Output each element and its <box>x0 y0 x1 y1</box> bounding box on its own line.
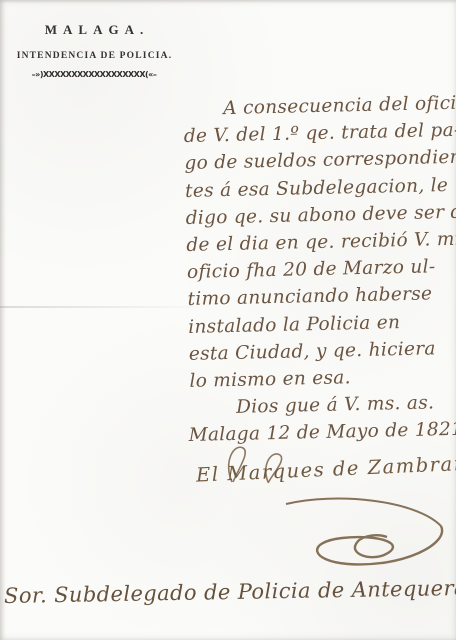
address-text: Sor. Subdelegado de Policia de Antequera <box>4 576 456 608</box>
letterhead-office: INTENDENCIA DE POLICIA. <box>6 51 182 61</box>
rubric-flourish-icon <box>284 492 452 581</box>
letterhead-city: MALAGA. <box>6 22 182 38</box>
letterhead: MALAGA. INTENDENCIA DE POLICIA. –»)XXXXX… <box>6 22 182 79</box>
paper-crease <box>0 306 210 308</box>
address-line: Sor. Subdelegado de Policia de Antequera <box>4 576 456 608</box>
ornament-rule-icon: –»)XXXXXXXXXXXXXXXXXX(«– <box>6 70 182 79</box>
scanned-letter-page: MALAGA. INTENDENCIA DE POLICIA. –»)XXXXX… <box>0 0 456 640</box>
letter-body: A consecuencia del oficio de V. del 1.º … <box>183 90 456 450</box>
